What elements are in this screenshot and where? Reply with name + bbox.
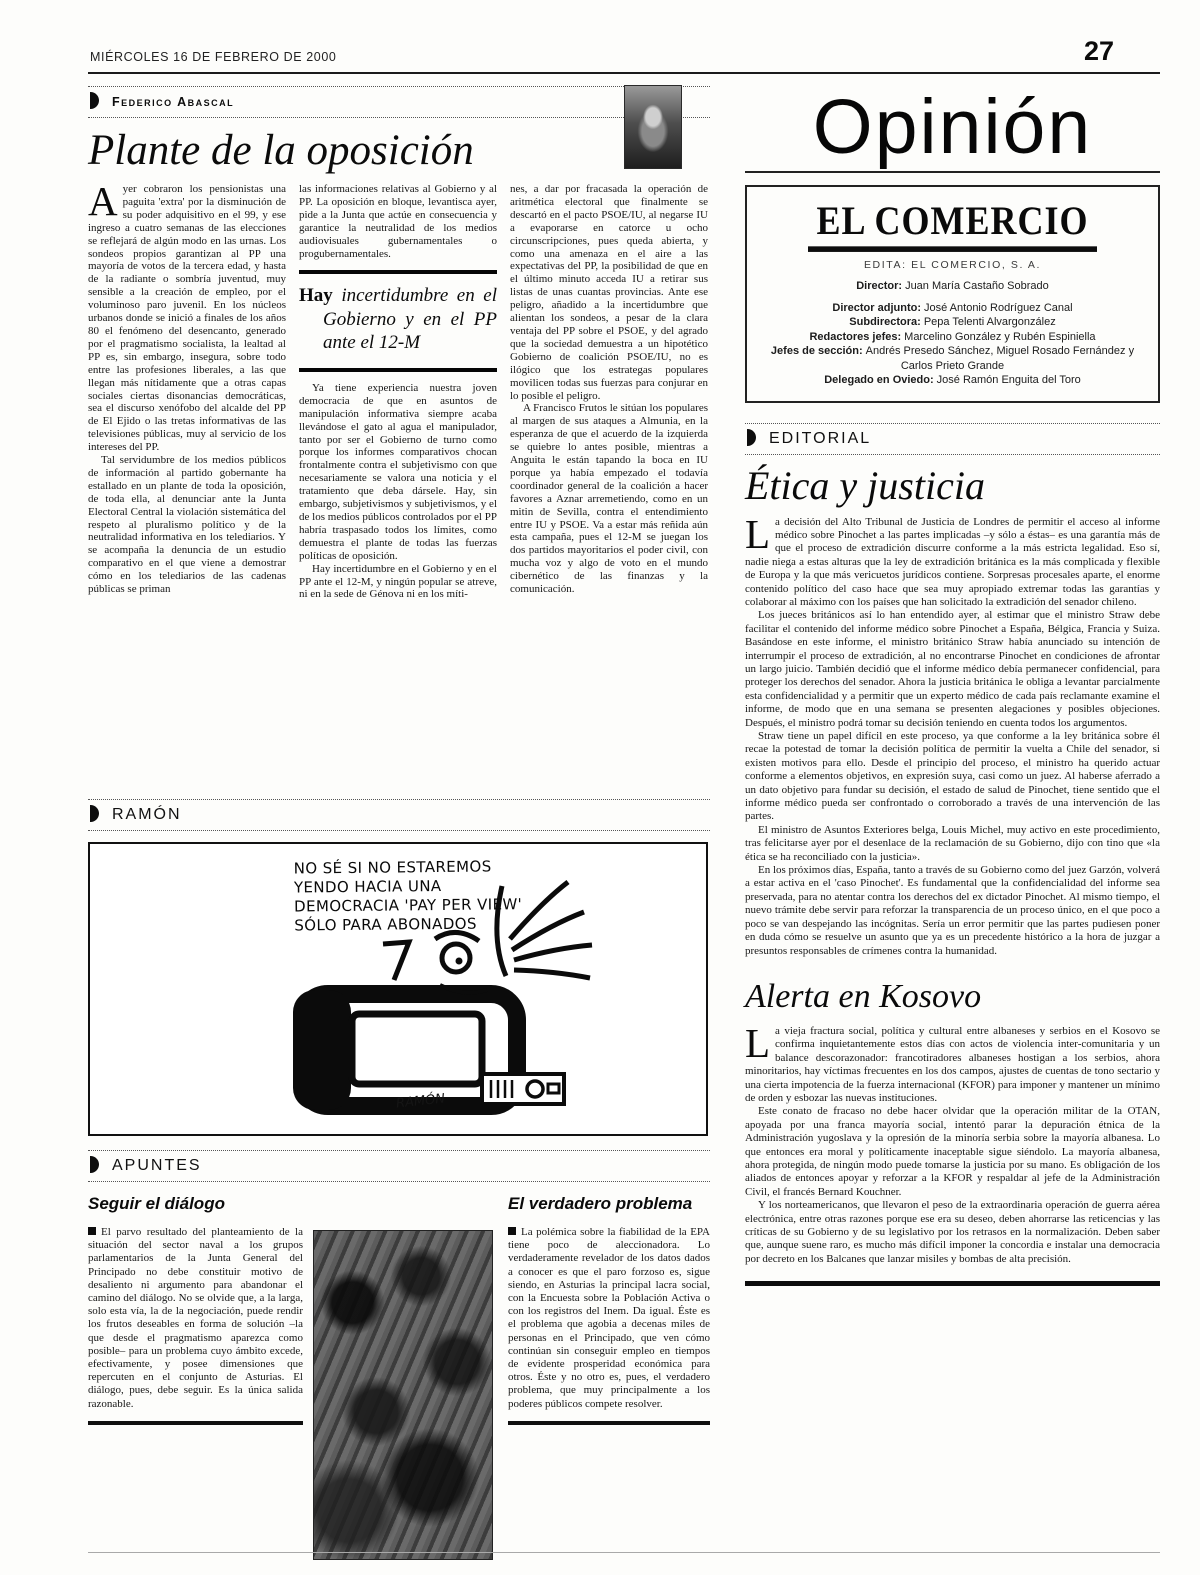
square-bullet-icon — [508, 1227, 516, 1235]
apuntes-label: APUNTES — [112, 1157, 202, 1174]
paragraph: A Francisco Frutos le sitúan los popular… — [510, 402, 708, 596]
editorial-end-rule — [745, 1281, 1160, 1286]
page-date: MIÉRCOLES 16 DE FEBRERO DE 2000 — [90, 50, 336, 64]
paragraph: En los próximos días, España, tanto a tr… — [745, 864, 1160, 958]
article-column-3: nes, a dar por fracasada la operación de… — [510, 183, 708, 601]
staff-row: Director adjunto:José Antonio Rodríguez … — [755, 301, 1150, 316]
apuntes-title: Seguir el diálogo — [88, 1194, 303, 1214]
article-column-1: Ayer cobraron los pensionistas una pagui… — [88, 183, 286, 601]
dropcap: L — [745, 1025, 775, 1060]
paragraph: las informaciones relativas al Gobierno … — [299, 183, 497, 260]
square-bullet-icon — [88, 1227, 96, 1235]
dropcap: A — [88, 183, 123, 218]
paragraph: Este conato de fracaso no debe hacer olv… — [745, 1105, 1160, 1199]
paragraph: Straw tiene un papel difícil en este pro… — [745, 730, 1160, 824]
staff-row: Jefes de sección:Andrés Presedo Sánchez,… — [755, 344, 1150, 373]
article-title: Plante de la oposición — [88, 128, 710, 174]
article-columns: Ayer cobraron los pensionistas una pagui… — [88, 183, 710, 601]
article-kicker: Federico Abascal — [88, 86, 710, 118]
editorial-kosovo: Alerta en Kosovo La vieja fractura socia… — [745, 978, 1160, 1266]
section-bullet-icon — [747, 429, 756, 446]
ramon-label: RAMÓN — [112, 806, 182, 823]
apuntes-item-problema: El verdadero problema La polémica sobre … — [508, 1192, 710, 1560]
article-plante: Federico Abascal Plante de la oposición … — [88, 86, 710, 601]
author-photo — [624, 85, 682, 169]
staff-row: Director:Juan María Castaño Sobrado — [755, 279, 1150, 294]
section-bullet-icon — [90, 1156, 99, 1173]
cartoon-caption: NO SÉ SI NO ESTAREMOS YENDO HACIA UNA DE… — [294, 856, 585, 935]
paragraph: El parvo resultado del planteamiento de … — [88, 1226, 303, 1411]
section-title-rule — [745, 171, 1160, 173]
staff-row: Redactores jefes:Marcelino González y Ru… — [755, 330, 1150, 345]
section-bullet-icon — [90, 805, 99, 822]
paragraph: Los jueces británicos así lo han entendi… — [745, 609, 1160, 730]
article-byline: Federico Abascal — [112, 95, 234, 109]
editorial-label: EDITORIAL — [769, 430, 871, 447]
paragraph: La decisión del Alto Tribunal de Justici… — [745, 516, 1160, 610]
editorial-title: Ética y justicia — [745, 464, 1160, 508]
apuntes-section-header: APUNTES — [88, 1150, 710, 1182]
apuntes-title: El verdadero problema — [508, 1194, 710, 1214]
pull-quote: Hay incertidumbre en el Gobierno y en el… — [299, 270, 497, 372]
ramon-section-header: RAMÓN — [88, 799, 710, 831]
masthead-box: EL COMERCIO EDITA: EL COMERCIO, S. A. Di… — [745, 185, 1160, 403]
apuntes-photo — [313, 1230, 493, 1560]
staff-list: Director:Juan María Castaño Sobrado Dire… — [755, 279, 1150, 388]
publisher-line: EDITA: EL COMERCIO, S. A. — [755, 259, 1150, 271]
apuntes-item-dialogo: Seguir el diálogo El parvo resultado del… — [88, 1192, 303, 1560]
paragraph: El ministro de Asuntos Exteriores belga,… — [745, 824, 1160, 864]
dropcap: L — [745, 516, 775, 551]
newspaper-brand: EL COMERCIO — [808, 197, 1096, 252]
column-end-rule — [508, 1421, 710, 1425]
staff-row: Subdirectora:Pepa Telenti Alvargonzález — [755, 315, 1150, 330]
paragraph: Tal servidumbre de los medios públicos d… — [88, 454, 286, 596]
paragraph: Ayer cobraron los pensionistas una pagui… — [88, 183, 286, 454]
paragraph: Y los norteamericanos, que llevaron el p… — [745, 1199, 1160, 1266]
editorial-cartoon: NO SÉ SI NO ESTAREMOS YENDO HACIA UNA DE… — [88, 842, 708, 1136]
paragraph: nes, a dar por fracasada la operación de… — [510, 183, 708, 402]
editorial-etica: Ética y justicia La decisión del Alto Tr… — [745, 464, 1160, 958]
article-column-2: las informaciones relativas al Gobierno … — [299, 183, 497, 601]
apuntes-row: Seguir el diálogo El parvo resultado del… — [88, 1192, 710, 1560]
section-bullet-icon — [90, 92, 99, 109]
paragraph: Ya tiene experiencia nuestra joven democ… — [299, 382, 497, 563]
section-title: Opinión — [745, 86, 1160, 168]
header-rule — [88, 72, 1160, 74]
paragraph: La polémica sobre la fiabilidad de la EP… — [508, 1226, 710, 1411]
editorial-section-header: EDITORIAL — [745, 423, 1160, 455]
paragraph: Hay incertidumbre en el Gobierno y en el… — [299, 563, 497, 602]
opinion-region: Opinión EL COMERCIO EDITA: EL COMERCIO, … — [745, 86, 1160, 1286]
column-end-rule — [88, 1421, 303, 1425]
newspaper-page: MIÉRCOLES 16 DE FEBRERO DE 2000 27 Feder… — [0, 0, 1200, 1575]
paragraph: La vieja fractura social, política y cul… — [745, 1025, 1160, 1105]
page-bottom-rule — [88, 1552, 1160, 1553]
editorial-title: Alerta en Kosovo — [745, 978, 1160, 1016]
page-number: 27 — [1084, 36, 1114, 67]
staff-row: Delegado en Oviedo:José Ramón Enguita de… — [755, 373, 1150, 388]
